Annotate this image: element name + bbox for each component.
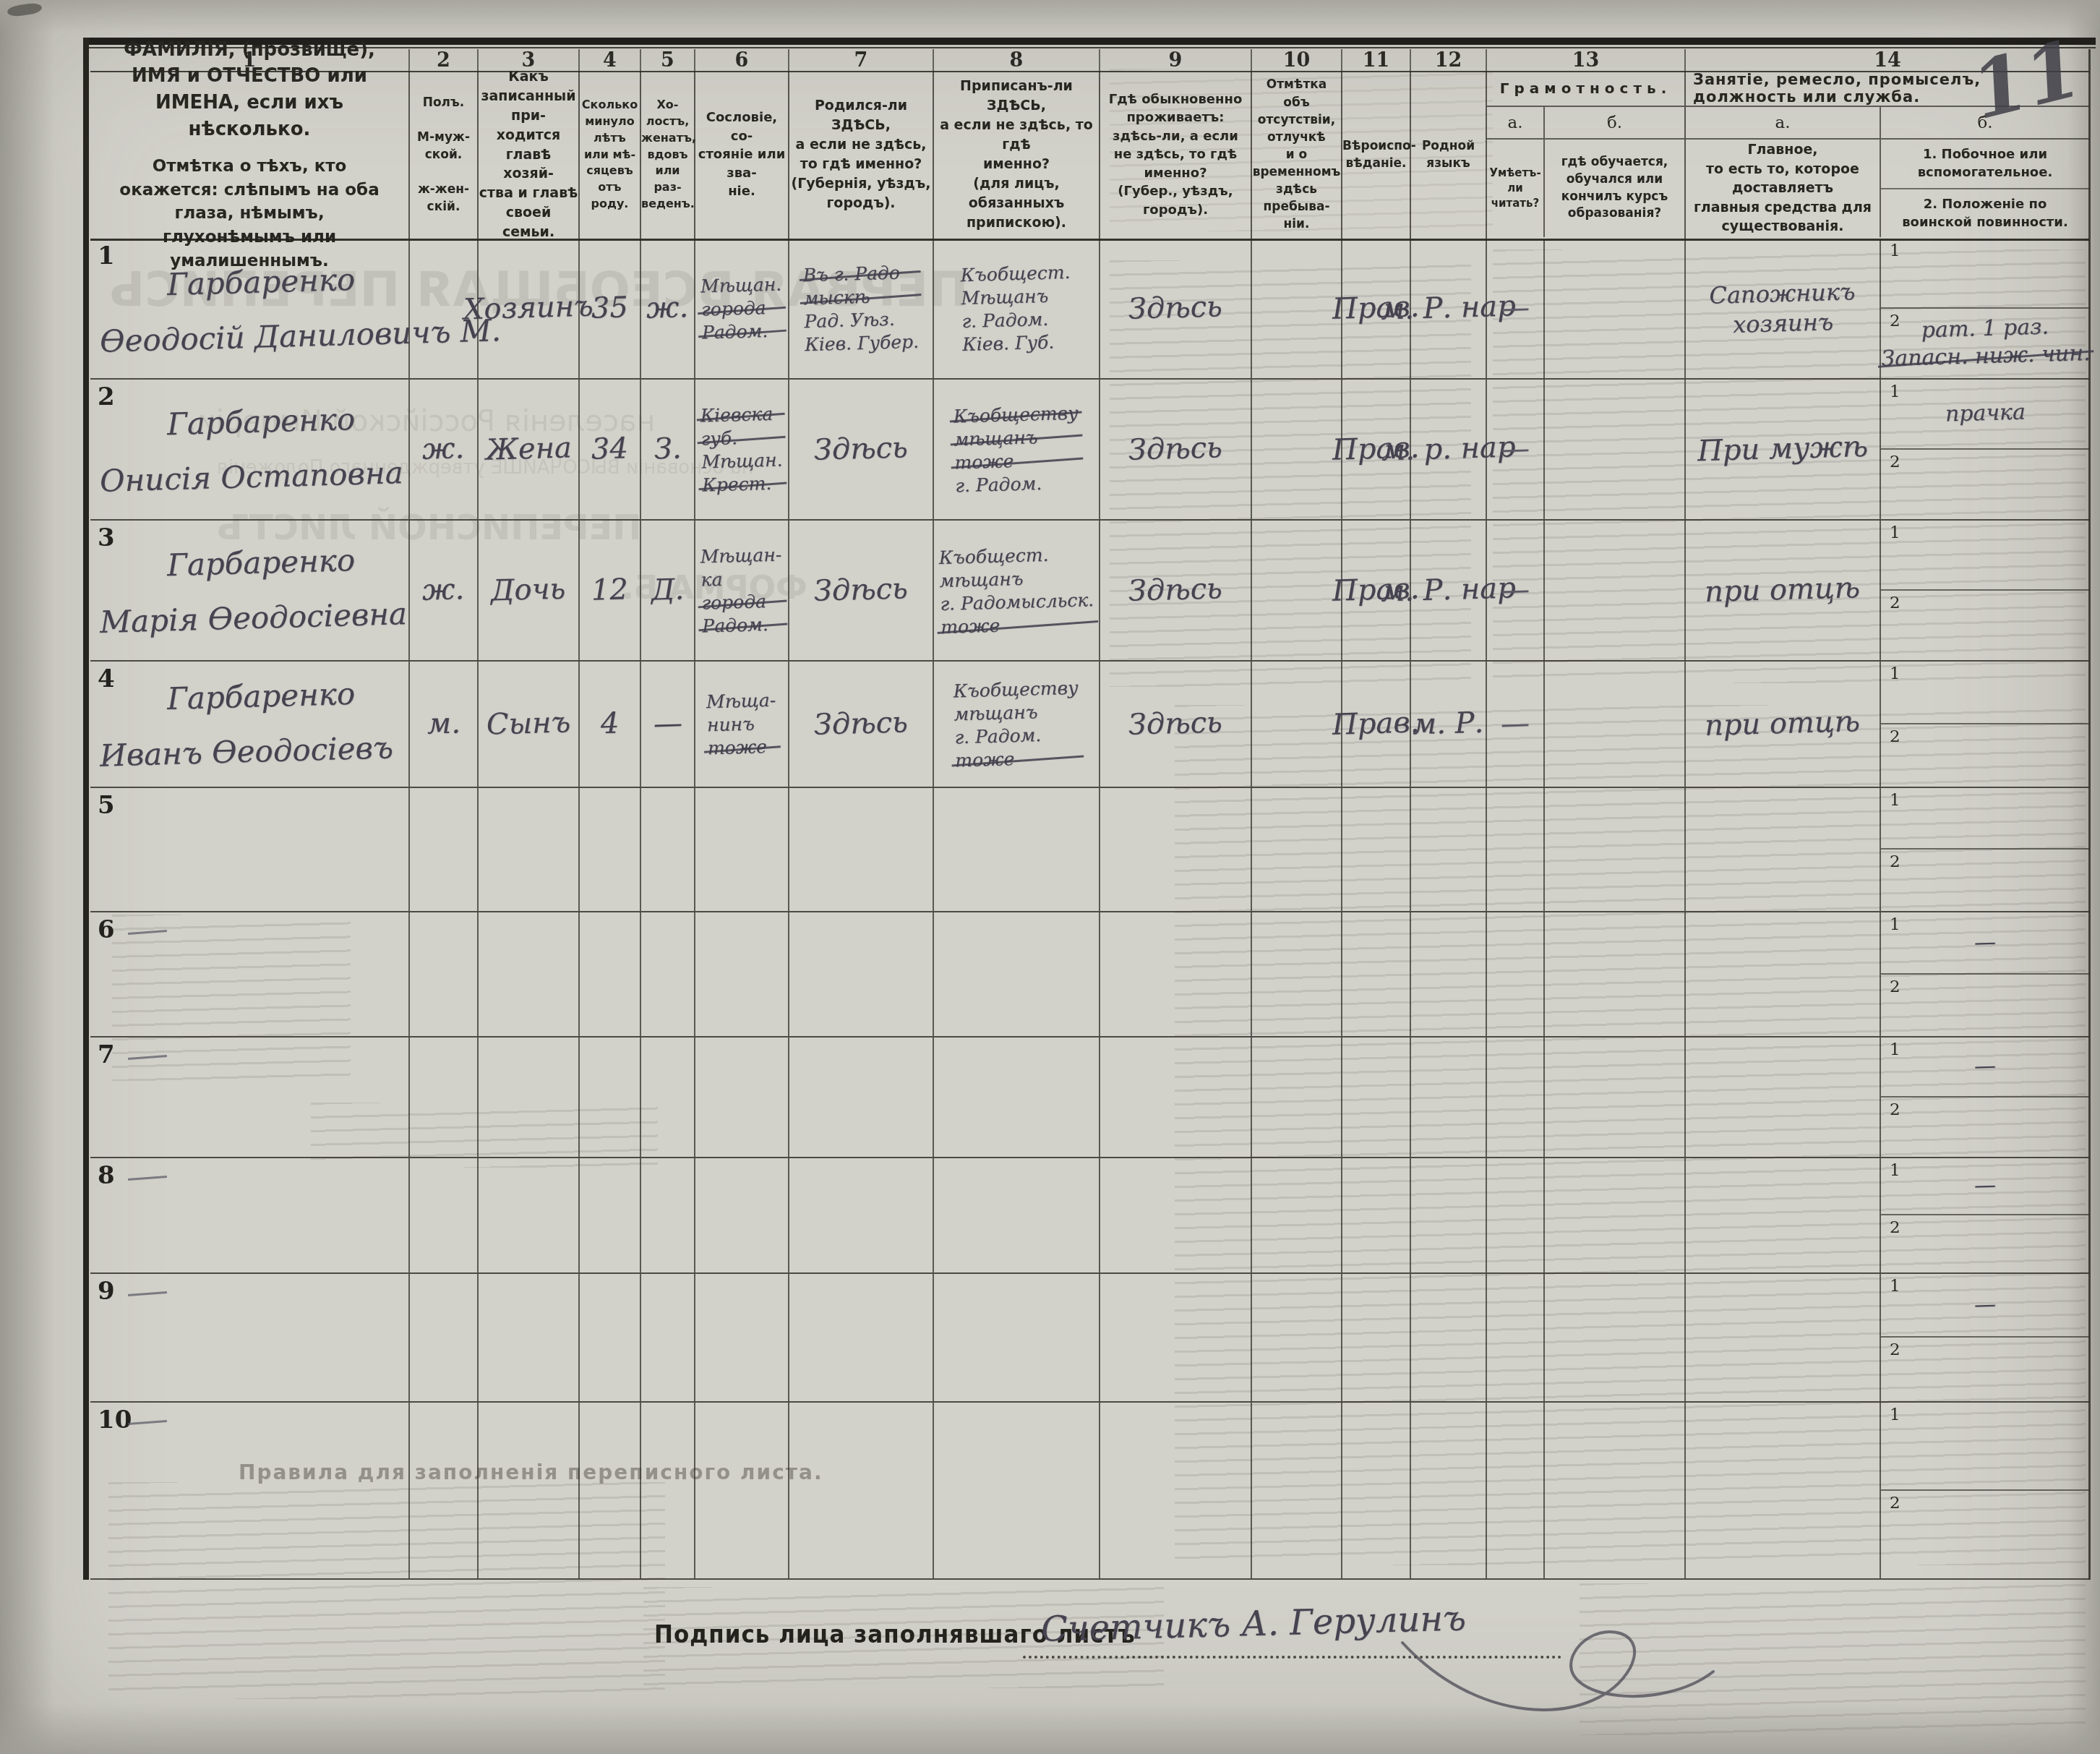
estate-cell: Кіевскагуб.Мѣщан.Крест. <box>694 380 788 519</box>
pol-cell <box>408 788 477 911</box>
registered-cell <box>933 1158 1099 1272</box>
table-row-7: 71—2 <box>90 1038 2089 1158</box>
absence-cell <box>1251 1038 1341 1157</box>
handwritten-entry: Въ г. РадомыскѣРад. Уѣз.Кіев. Губер. <box>802 260 919 356</box>
lit_b-cell <box>1543 1403 1684 1578</box>
pol-cell <box>408 1274 477 1401</box>
subrow-number: 1 <box>1890 1161 1900 1180</box>
pol-cell <box>408 1038 477 1157</box>
relation-cell: Сынъ <box>477 662 578 787</box>
subrow-number: 1 <box>1890 915 1900 934</box>
scan-edge-left <box>0 0 54 1754</box>
occ_a-cell: При мужѣ <box>1684 380 1880 519</box>
row-number: 8 <box>98 1161 115 1190</box>
row-number: 7 <box>98 1040 115 1069</box>
registered-cell <box>933 1403 1099 1578</box>
born-cell <box>788 912 933 1036</box>
handwritten-entry: м. Р. нар <box>1380 288 1516 328</box>
handwritten-entry: Здѣсь <box>1128 429 1222 469</box>
occ_a-cell: при отцѣ <box>1684 521 1880 660</box>
occupation-secondary-subrow-1: 1— <box>1881 1274 2089 1338</box>
age-cell <box>578 912 640 1036</box>
handwritten-entry: При мужѣ <box>1697 429 1868 471</box>
signature-flourish <box>1373 1628 1749 1737</box>
table-row-9: 91—2 <box>90 1274 2089 1403</box>
table-row-2: 2ГарбаренкоОнисія Остаповнаж.Жена34З.Кіе… <box>90 380 2089 521</box>
occ_a-cell: при отцѣ <box>1684 662 1880 787</box>
handwritten-entry: Здѣсь <box>1128 704 1222 744</box>
handwritten-entry: Кіевскагуб.Мѣщан.Крест. <box>700 402 784 497</box>
subrow-number: 2 <box>1890 977 1900 996</box>
occupation-secondary-subrow-1: 1 <box>1881 1403 2089 1491</box>
handwritten-entry: м. <box>427 705 460 743</box>
relation-cell <box>477 1038 578 1157</box>
occ_a-cell: Сапожникъхозяинъ <box>1684 239 1880 378</box>
occupation-secondary-subrow-2: 2 <box>1881 450 2089 520</box>
handwritten-entry: — <box>1973 928 1996 957</box>
subrow-number: 2 <box>1890 453 1900 471</box>
handwritten-entry: при отцѣ <box>1705 703 1861 745</box>
subrow-number: 2 <box>1890 727 1900 746</box>
pol-cell <box>408 912 477 1036</box>
name-cell <box>90 912 408 1036</box>
handwritten-entry: — <box>1500 571 1530 609</box>
occupation-secondary-subrow-1: 1 <box>1881 239 2089 309</box>
occupation-secondary-cell: 12 <box>1880 521 2089 660</box>
absence-cell <box>1251 1403 1341 1578</box>
handwritten-entry: ж. <box>646 289 690 328</box>
estate-cell: Мѣщан.городаРадом. <box>694 239 788 378</box>
marital-cell: — <box>640 662 694 787</box>
age-cell <box>578 1158 640 1272</box>
pol-cell: ж. <box>408 521 477 660</box>
occupation-secondary-subrow-1: 1 <box>1881 788 2089 850</box>
table-row-10: 1012 <box>90 1403 2089 1580</box>
name-cell: ГарбаренкоѲеодосій Даниловичъ М. <box>90 239 408 378</box>
handwritten-entry: Дочь <box>491 570 567 609</box>
subrow-number: 1 <box>1890 791 1900 810</box>
estate-cell <box>694 788 788 911</box>
occupation-secondary-cell: 12 <box>1880 1403 2089 1578</box>
language-cell: м. Р. <box>1410 662 1486 787</box>
name-cell <box>90 788 408 911</box>
age-cell: 34 <box>578 380 640 519</box>
marital-cell <box>640 1403 694 1578</box>
handwritten-entry: Мѣща-нинътоже <box>706 688 778 760</box>
handwritten-entry: ГарбаренкоИванъ Ѳеодосіевъ <box>98 665 394 782</box>
handwritten-entry: 35 <box>591 289 628 328</box>
row-number: 9 <box>98 1277 115 1306</box>
handwritten-entry: Къобществумѣщанъг. Радом.тоже <box>953 676 1080 772</box>
subrow-number: 1 <box>1890 1406 1900 1424</box>
estate-cell <box>694 1038 788 1157</box>
subrow-number: 2 <box>1890 1218 1900 1237</box>
marital-cell <box>640 1274 694 1401</box>
lit_a-cell <box>1486 912 1543 1036</box>
handwritten-entry: м. Р. нар <box>1380 570 1516 610</box>
lives-cell: Здѣсь <box>1099 239 1251 378</box>
handwritten-entry: при отцѣ <box>1705 570 1861 611</box>
table-row-3: 3ГарбаренкоМарія Ѳеодосіевнаж.Дочь12Д.Мѣ… <box>90 521 2089 662</box>
registered-cell <box>933 1274 1099 1401</box>
age-cell <box>578 1403 640 1578</box>
handwritten-entry: Сынъ <box>486 704 571 743</box>
handwritten-entry: ж. <box>422 430 466 469</box>
pol-cell: ж. <box>408 380 477 519</box>
marital-cell <box>640 788 694 911</box>
estate-cell: Мѣща-нинътоже <box>694 662 788 787</box>
age-cell <box>578 1038 640 1157</box>
handwritten-entry: ГарбаренкоѲеодосій Даниловичъ М. <box>98 248 502 369</box>
handwritten-entry: Сапожникъхозяинъ <box>1709 277 1856 341</box>
handwritten-entry: ГарбаренкоМарія Ѳеодосіевна <box>98 531 408 649</box>
row-number: 6 <box>98 915 115 944</box>
subrow-number: 1 <box>1890 523 1900 542</box>
occupation-secondary-subrow-2: 2 <box>1881 591 2089 661</box>
occupation-secondary-subrow-2: 2 <box>1881 1491 2089 1579</box>
handwritten-entry: 34 <box>591 430 628 469</box>
handwritten-entry: прачка <box>1945 399 2026 429</box>
occupation-secondary-cell: 12 <box>1880 788 2089 911</box>
scan-edge-top <box>0 0 2100 33</box>
religion-cell <box>1341 1038 1410 1157</box>
handwritten-entry: ГарбаренкоОнисія Остаповна <box>98 390 404 508</box>
subrow-number: 2 <box>1890 594 1900 612</box>
marital-cell <box>640 912 694 1036</box>
lit_a-cell <box>1486 788 1543 911</box>
age-cell <box>578 1274 640 1401</box>
lit_b-cell <box>1543 788 1684 911</box>
lit_b-cell <box>1543 662 1684 787</box>
subrow-number: 1 <box>1890 664 1900 683</box>
handwritten-entry: рат. 1 раз.Запасн. ниж. чин. <box>1880 312 2091 374</box>
pol-cell <box>408 1403 477 1578</box>
occupation-secondary-subrow-2: 2 <box>1881 724 2089 787</box>
lit_b-cell <box>1543 1158 1684 1272</box>
absence-cell <box>1251 1274 1341 1401</box>
lit_a-cell <box>1486 1403 1543 1578</box>
lit_b-cell <box>1543 912 1684 1036</box>
lives-cell <box>1099 1038 1251 1157</box>
registered-cell: Къобщест.мѣщанъг. Радомысльск.тоже <box>933 521 1099 660</box>
handwritten-entry: Хозяинъ <box>463 288 594 328</box>
table-row-4: 4ГарбаренкоИванъ Ѳеодосіевъм.Сынъ4—Мѣща-… <box>90 662 2089 788</box>
lit_b-cell <box>1543 239 1684 378</box>
lit_b-cell <box>1543 380 1684 519</box>
occupation-secondary-cell: 1—2 <box>1880 912 2089 1036</box>
lit_a-cell <box>1486 1274 1543 1401</box>
language-cell <box>1410 912 1486 1036</box>
born-cell <box>788 788 933 911</box>
registered-cell <box>933 912 1099 1036</box>
row-number: 5 <box>98 791 115 820</box>
estate-cell <box>694 1403 788 1578</box>
age-cell <box>578 788 640 911</box>
born-cell <box>788 1274 933 1401</box>
marital-cell <box>640 1038 694 1157</box>
born-cell: Здѣсь <box>788 380 933 519</box>
language-cell <box>1410 1158 1486 1272</box>
age-cell: 12 <box>578 521 640 660</box>
lit_a-cell: — <box>1486 662 1543 787</box>
registered-cell: Къобществумѣщанъг. Радом.тоже <box>933 662 1099 787</box>
estate-cell <box>694 1158 788 1272</box>
born-cell: Въ г. РадомыскѣРад. Уѣз.Кіев. Губер. <box>788 239 933 378</box>
estate-cell: Мѣщан-кагородаРадом. <box>694 521 788 660</box>
name-cell: ГарбаренкоМарія Ѳеодосіевна <box>90 521 408 660</box>
occupation-secondary-subrow-2: 2рат. 1 раз.Запасн. ниж. чин. <box>1881 309 2089 379</box>
occupation-secondary-subrow-2: 2 <box>1881 1098 2089 1158</box>
handwritten-entry: — <box>1973 1053 1996 1081</box>
occupation-secondary-subrow-1: 1 <box>1881 521 2089 591</box>
subrow-number: 2 <box>1890 852 1900 871</box>
lives-cell <box>1099 788 1251 911</box>
lives-cell <box>1099 1403 1251 1578</box>
occupation-secondary-cell: 12 <box>1880 662 2089 787</box>
absence-cell <box>1251 1158 1341 1272</box>
born-cell <box>788 1158 933 1272</box>
occupation-secondary-cell: 1—2 <box>1880 1274 2089 1401</box>
handwritten-entry: — <box>1500 289 1530 327</box>
religion-cell <box>1341 1403 1410 1578</box>
registered-cell: Къобщест.Мѣщанъг. Радом.Кіев. Губ. <box>933 239 1099 378</box>
marital-cell: З. <box>640 380 694 519</box>
subrow-number: 1 <box>1890 241 1900 260</box>
occ_a-cell <box>1684 1403 1880 1578</box>
lit_b-cell <box>1543 521 1684 660</box>
handwritten-entry: 12 <box>591 571 628 609</box>
subrow-number: 1 <box>1890 1277 1900 1296</box>
occupation-secondary-cell: 1—2 <box>1880 1158 2089 1272</box>
language-cell <box>1410 788 1486 911</box>
handwritten-entry: — <box>1500 705 1530 743</box>
relation-cell <box>477 1403 578 1578</box>
handwritten-entry: — <box>1973 1172 1996 1200</box>
language-cell <box>1410 1038 1486 1157</box>
age-cell: 4 <box>578 662 640 787</box>
lit_a-cell <box>1486 1038 1543 1157</box>
table-row-6: 61—2 <box>90 912 2089 1038</box>
occupation-secondary-subrow-1: 1прачка <box>1881 380 2089 450</box>
relation-cell <box>477 1274 578 1401</box>
registered-cell: Къобществумѣщанътожег. Радом. <box>933 380 1099 519</box>
handwritten-entry: м. Р. <box>1413 705 1485 744</box>
lit_b-cell <box>1543 1038 1684 1157</box>
registered-cell <box>933 1038 1099 1157</box>
absence-cell <box>1251 662 1341 787</box>
table-left-border <box>83 38 89 1580</box>
handwritten-entry: 4 <box>600 706 620 743</box>
lives-cell <box>1099 912 1251 1036</box>
language-cell: м. Р. нар <box>1410 239 1486 378</box>
subrow-number: 2 <box>1890 1340 1900 1359</box>
subrow-number: 2 <box>1890 1494 1900 1513</box>
language-cell: м. р. нар <box>1410 380 1486 519</box>
relation-cell <box>477 1158 578 1272</box>
pol-cell: м. <box>408 662 477 787</box>
occupation-secondary-subrow-1: 1— <box>1881 1038 2089 1098</box>
marital-cell: Д. <box>640 521 694 660</box>
relation-cell: Жена <box>477 380 578 519</box>
absence-cell <box>1251 788 1341 911</box>
born-cell <box>788 1038 933 1157</box>
handwritten-entry: Здѣсь <box>813 429 908 469</box>
handwritten-entry: — <box>1500 430 1530 468</box>
subrow-number: 2 <box>1890 1100 1900 1119</box>
absence-cell <box>1251 912 1341 1036</box>
born-cell <box>788 1403 933 1578</box>
handwritten-entry: — <box>1973 1291 1996 1319</box>
handwritten-entry: Здѣсь <box>1128 570 1222 610</box>
scan-edge-bottom <box>0 1703 2100 1754</box>
subrow-number: 1 <box>1890 1040 1900 1059</box>
relation-cell <box>477 912 578 1036</box>
handwritten-entry: ж. <box>422 571 466 609</box>
table-row-1: 1ГарбаренкоѲеодосій Даниловичъ М.Хозяинъ… <box>90 239 2089 380</box>
absence-cell <box>1251 239 1341 378</box>
relation-cell: Дочь <box>477 521 578 660</box>
ink-smudge <box>7 2 43 18</box>
born-cell: Здѣсь <box>788 521 933 660</box>
handwritten-entry: — <box>653 705 682 743</box>
religion-cell <box>1341 788 1410 911</box>
occupation-secondary-subrow-2: 2 <box>1881 975 2089 1037</box>
lives-cell: Здѣсь <box>1099 380 1251 519</box>
lives-cell: Здѣсь <box>1099 521 1251 660</box>
occupation-secondary-cell: 1—2 <box>1880 1038 2089 1157</box>
table-body: 1ГарбаренкоѲеодосій Даниловичъ М.Хозяинъ… <box>90 38 2089 1580</box>
occupation-secondary-subrow-1: 1 <box>1881 662 2089 724</box>
pol-cell <box>408 1158 477 1272</box>
handwritten-entry: Прав. <box>1332 704 1420 744</box>
occupation-secondary-cell: 12рат. 1 раз.Запасн. ниж. чин. <box>1880 239 2089 378</box>
handwritten-entry: Жена <box>485 429 572 469</box>
table-row-5: 512 <box>90 788 2089 912</box>
marital-cell: ж. <box>640 239 694 378</box>
absence-cell <box>1251 380 1341 519</box>
name-cell: ГарбаренкоОнисія Остаповна <box>90 380 408 519</box>
handwritten-entry: З. <box>653 430 682 468</box>
estate-cell <box>694 912 788 1036</box>
religion-cell: Прав. <box>1341 662 1410 787</box>
occ_a-cell <box>1684 1274 1880 1401</box>
handwritten-entry: Д. <box>651 571 685 609</box>
lit_a-cell <box>1486 1158 1543 1272</box>
language-cell <box>1410 1403 1486 1578</box>
lit_b-cell <box>1543 1274 1684 1401</box>
registered-cell <box>933 788 1099 911</box>
occupation-secondary-subrow-1: 1— <box>1881 912 2089 975</box>
occupation-secondary-subrow-2: 2 <box>1881 1338 2089 1401</box>
occupation-secondary-subrow-2: 2 <box>1881 1215 2089 1272</box>
name-cell <box>90 1403 408 1578</box>
occ_a-cell <box>1684 1158 1880 1272</box>
table-row-8: 81—2 <box>90 1158 2089 1274</box>
name-cell <box>90 1158 408 1272</box>
name-cell <box>90 1038 408 1157</box>
lives-cell: Здѣсь <box>1099 662 1251 787</box>
estate-cell <box>694 1274 788 1401</box>
handwritten-entry: Къобществумѣщанътожег. Радом. <box>953 401 1080 497</box>
row-number: 10 <box>98 1406 132 1434</box>
religion-cell <box>1341 1274 1410 1401</box>
language-cell: м. Р. нар <box>1410 521 1486 660</box>
language-cell <box>1410 1274 1486 1401</box>
absence-cell <box>1251 521 1341 660</box>
occ_a-cell <box>1684 788 1880 911</box>
handwritten-entry: Здѣсь <box>1128 288 1222 328</box>
subrow-number: 1 <box>1890 382 1900 401</box>
name-cell: ГарбаренкоИванъ Ѳеодосіевъ <box>90 662 408 787</box>
religion-cell <box>1341 1158 1410 1272</box>
religion-cell <box>1341 912 1410 1036</box>
occupation-secondary-subrow-2: 2 <box>1881 850 2089 911</box>
handwritten-entry: Къобщест.Мѣщанъг. Радом.Кіев. Губ. <box>960 260 1072 356</box>
handwritten-entry: Мѣщан.городаРадом. <box>700 273 784 344</box>
lives-cell <box>1099 1274 1251 1401</box>
handwritten-entry: Мѣщан-кагородаРадом. <box>700 543 784 638</box>
occupation-secondary-cell: 1прачка2 <box>1880 380 2089 519</box>
relation-cell <box>477 788 578 911</box>
census-table: 1234567891011121314 ФАМИЛІЯ, (прозвище),… <box>90 38 2089 1580</box>
handwritten-entry: Здѣсь <box>813 704 908 744</box>
occ_a-cell <box>1684 912 1880 1036</box>
marital-cell <box>640 1158 694 1272</box>
lives-cell <box>1099 1158 1251 1272</box>
born-cell: Здѣсь <box>788 662 933 787</box>
handwritten-entry: Здѣсь <box>813 570 908 610</box>
handwritten-entry: Къобщест.мѣщанъг. Радомысльск.тоже <box>938 542 1094 639</box>
handwritten-entry: м. р. нар <box>1381 429 1516 469</box>
occ_a-cell <box>1684 1038 1880 1157</box>
occupation-secondary-subrow-1: 1— <box>1881 1158 2089 1215</box>
